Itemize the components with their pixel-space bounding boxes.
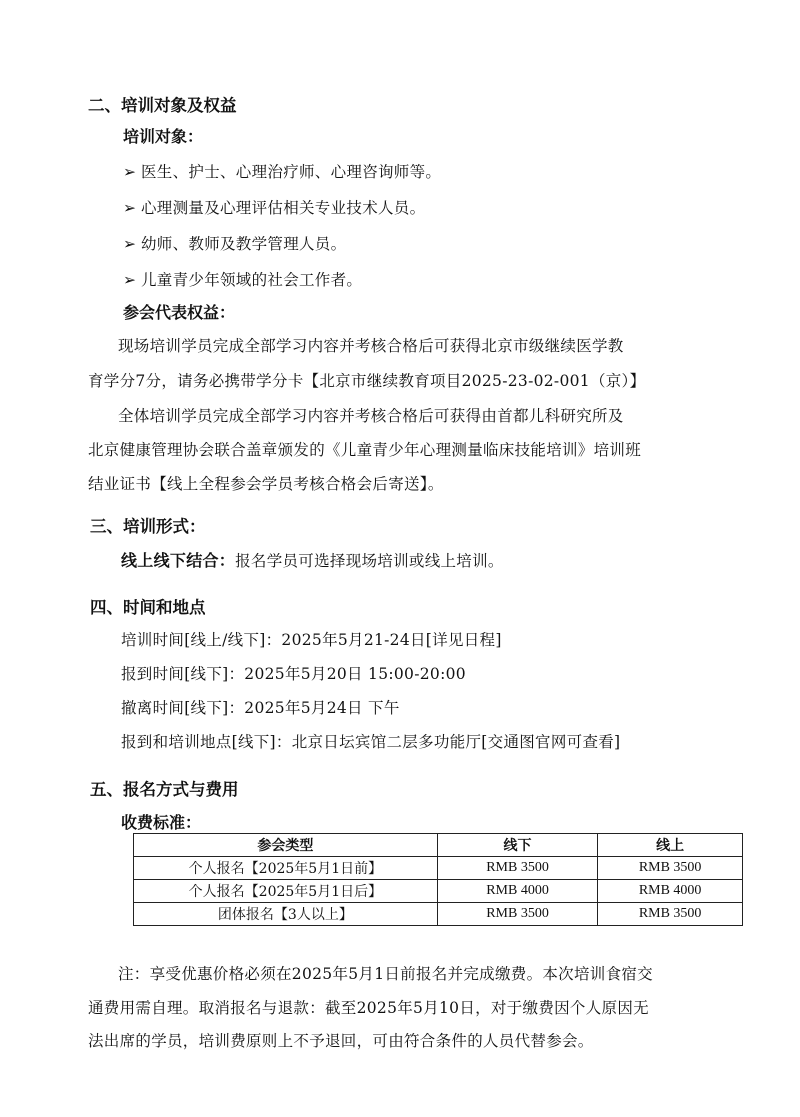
section-4-heading: 四、时间和地点 [90, 594, 206, 618]
header-offline: 线下 [437, 834, 597, 857]
section-3-heading: 三、培训形式： [90, 513, 206, 537]
benefits-label: 参会代表权益： [123, 300, 235, 323]
note-line-3: 法出席的学员，培训费原则上不予退回，可由符合条件的人员代替参会。 [88, 1029, 594, 1051]
format-text: 报名学员可选择现场培训或线上培训。 [235, 552, 504, 570]
cell-type: 个人报名【2025年5月1日前】 [134, 857, 438, 880]
benefit-paragraph-2-line-1: 全体培训学员完成全部学习内容并考核合格后可获得由首都儿科研究所及 [118, 404, 624, 426]
section-5-heading: 五、报名方式与费用 [90, 776, 239, 800]
arrow-bullet-icon: ➢ [123, 271, 141, 289]
arrow-bullet-icon: ➢ [123, 235, 141, 253]
cell-offline: RMB 3500 [437, 857, 597, 880]
table-row: 个人报名【2025年5月1日前】 RMB 3500 RMB 3500 [134, 857, 743, 880]
benefit-paragraph-2-line-2: 北京健康管理协会联合盖章颁发的《儿童青少年心理测量临床技能培训》培训班 [88, 438, 641, 460]
cell-online: RMB 3500 [598, 857, 743, 880]
table-row: 团体报名【3人以上】 RMB 3500 RMB 3500 [134, 903, 743, 926]
targets-label: 培训对象： [123, 124, 203, 147]
checkout-time: 撤离时间[线下]：2025年5月24日 下午 [121, 696, 400, 718]
header-online: 线上 [598, 834, 743, 857]
cell-online: RMB 3500 [598, 903, 743, 926]
cell-offline: RMB 4000 [437, 880, 597, 903]
cell-offline: RMB 3500 [437, 903, 597, 926]
table-header-row: 参会类型 线下 线上 [134, 834, 743, 857]
cell-online: RMB 4000 [598, 880, 743, 903]
checkin-time: 报到时间[线下]：2025年5月20日 15:00-20:00 [121, 662, 466, 684]
target-item: ➢医生、护士、心理治疗师、心理咨询师等。 [123, 160, 441, 182]
benefit-paragraph-1-line-1: 现场培训学员完成全部学习内容并考核合格后可获得北京市级继续医学教 [118, 334, 624, 356]
fee-label: 收费标准： [121, 810, 201, 833]
target-item: ➢儿童青少年领域的社会工作者。 [123, 268, 362, 290]
format-label: 线上线下结合： [121, 551, 235, 570]
header-type: 参会类型 [134, 834, 438, 857]
training-time: 培训时间[线上/线下]：2025年5月21-24日[详见日程] [121, 628, 502, 650]
fee-table: 参会类型 线下 线上 个人报名【2025年5月1日前】 RMB 3500 RMB… [133, 833, 743, 926]
arrow-bullet-icon: ➢ [123, 199, 141, 217]
format-line: 线上线下结合：报名学员可选择现场培训或线上培训。 [121, 548, 504, 571]
document-page: 二、培训对象及权益 培训对象： ➢医生、护士、心理治疗师、心理咨询师等。 ➢心理… [0, 0, 800, 1117]
target-item: ➢幼师、教师及教学管理人员。 [123, 232, 346, 254]
cell-type: 个人报名【2025年5月1日后】 [134, 880, 438, 903]
note-line-1: 注：享受优惠价格必须在2025年5月1日前报名并完成缴费。本次培训食宿交 [118, 962, 653, 984]
cell-type: 团体报名【3人以上】 [134, 903, 438, 926]
venue: 报到和培训地点[线下]：北京日坛宾馆二层多功能厅[交通图官网可查看] [121, 730, 620, 752]
benefit-paragraph-2-line-3: 结业证书【线上全程参会学员考核合格会后寄送】。 [88, 472, 444, 494]
note-line-2: 通费用需自理。取消报名与退款：截至2025年5月10日，对于缴费因个人原因无 [88, 996, 649, 1018]
section-2-heading: 二、培训对象及权益 [88, 92, 237, 116]
arrow-bullet-icon: ➢ [123, 163, 141, 181]
benefit-paragraph-1-line-2: 育学分7分，请务必携带学分卡【北京市继续教育项目2025-23-02-001（京… [88, 369, 645, 391]
table-row: 个人报名【2025年5月1日后】 RMB 4000 RMB 4000 [134, 880, 743, 903]
target-item: ➢心理测量及心理评估相关专业技术人员。 [123, 196, 425, 218]
